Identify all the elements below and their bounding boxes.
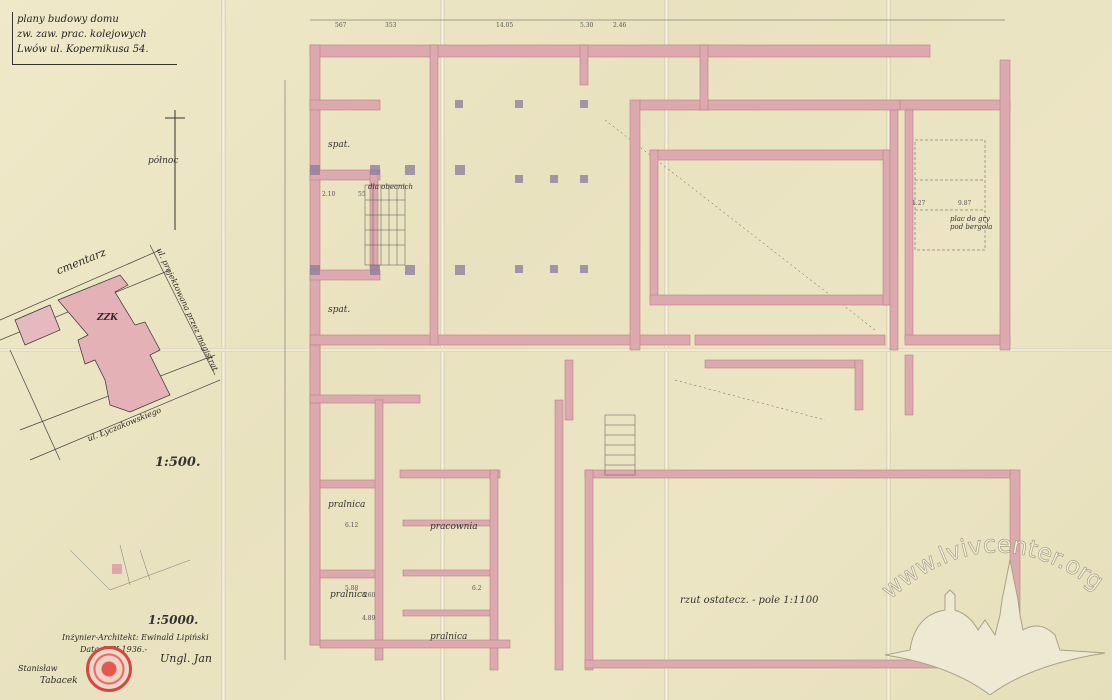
watermark-text: www.lvivcenter.org [876, 530, 1109, 604]
location-sketch [60, 540, 200, 600]
seal-stamp-icon [86, 646, 132, 692]
room-label-a: pralnica [328, 500, 365, 510]
detail-scale: 1:5000. [148, 613, 198, 627]
dimension-label: 9.87 [958, 200, 971, 207]
room-label-d: pralnica [430, 632, 467, 642]
courtyard-label: rzut ostatecz. - pole 1:1100 [680, 595, 818, 606]
room-label-spot-bottom: spat. [328, 305, 350, 315]
dimension-label: 14.05 [496, 22, 513, 29]
dimension-label: 5.30 [580, 22, 593, 29]
plan-sheet: plany budowy domu zw. zaw. prac. kolejow… [0, 0, 1112, 700]
dimension-label: 1.27 [912, 200, 925, 207]
stair-label: dla obecnich [368, 183, 413, 191]
signature-left-2: Tabacek [40, 676, 78, 686]
north-arrow-icon [150, 110, 210, 230]
room-label-spot-top: spat. [328, 140, 350, 150]
svg-text:www.lvivcenter.org: www.lvivcenter.org [876, 530, 1109, 604]
title-line-3: Lwów ul. Kopernikusa 54. [17, 42, 177, 57]
dimension-label: 4.89 [362, 615, 375, 622]
dimension-label: 567 [335, 22, 346, 29]
lviv-skyline-icon: www.lvivcenter.org [870, 525, 1110, 695]
dimension-label: 2.10 [322, 191, 335, 198]
signature-right: Ungl. Jan [160, 652, 212, 665]
dimension-label: 55 [358, 191, 366, 198]
title-line-2: zw. zaw. prac. kolejowych [17, 27, 177, 42]
room-label-c: pracownia [430, 522, 478, 532]
dimension-label: 2.46 [613, 22, 626, 29]
title-block: plany budowy domu zw. zaw. prac. kolejow… [12, 12, 177, 65]
dimension-label: 353 [385, 22, 396, 29]
architect-line: Inżynier-Architekt: Ewinald Lipiński [62, 633, 209, 642]
site-building-mark: ZZK [97, 313, 118, 323]
signature-left-1: Stanisław [18, 664, 58, 673]
north-label: północ [148, 156, 178, 166]
dimension-label: 6.12 [345, 522, 358, 529]
title-line-1: plany budowy domu [17, 12, 177, 27]
site-scale: 1:500. [155, 455, 201, 470]
dimension-label: 6.2 [472, 585, 482, 592]
room-label-b: pralnica [330, 590, 367, 600]
right-wing-label: plac do gry pod bergola [950, 215, 1000, 231]
